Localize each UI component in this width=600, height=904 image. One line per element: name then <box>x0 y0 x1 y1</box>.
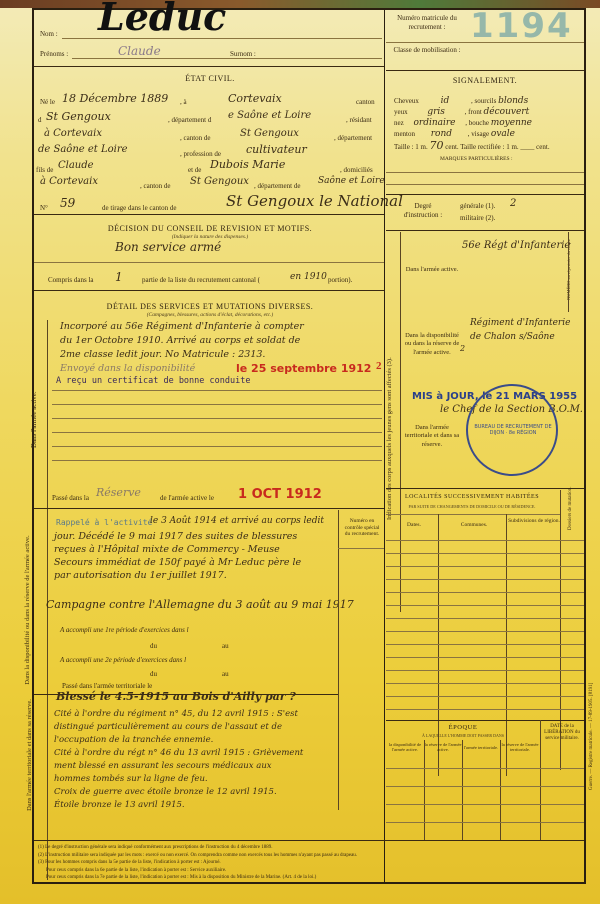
grid-row <box>386 579 584 580</box>
taille-value: 70 <box>429 139 443 152</box>
reserve-line: par autorisation du 1er juillet 1917. <box>54 569 301 582</box>
territoriale-text: Cité à l'ordre du régiment n° 45, du 12 … <box>54 708 303 812</box>
passe-label: Passé dans la <box>52 494 89 502</box>
corps-bottom-divider <box>386 488 584 489</box>
campagne-text: Campagne contre l'Allemagne du 3 août au… <box>46 598 354 611</box>
side-label-territoriale: Dans l'armée territoriale et dans sa rés… <box>26 695 34 815</box>
residant-value: à Cortevaix <box>44 128 102 139</box>
militaire-label: militaire (2). <box>460 214 495 222</box>
recruitment-office-stamp: BUREAU DE RECRUTEMENT DE DIJON · 8e RÉGI… <box>466 384 558 476</box>
grid-row <box>386 540 584 541</box>
epoque-divider <box>386 720 584 721</box>
sourcils-value: blonds <box>498 96 528 106</box>
header-divider <box>34 66 384 67</box>
matricule-number: 1194 <box>470 6 573 46</box>
compris-partie: 1 <box>115 270 123 284</box>
generale-value: 2 <box>510 198 516 209</box>
citation-line: Étoile bronze le 13 avril 1915. <box>54 799 303 812</box>
surname-value: Leduc <box>98 0 226 39</box>
epoque-col: la réserve de l'armée territoriale. <box>500 742 540 753</box>
service-line: du 1er Octobre 1910. Arrivé au corps et … <box>60 334 304 348</box>
ruled-line <box>52 390 382 391</box>
footnote-divider <box>34 840 584 841</box>
canton3-label: , canton de <box>140 182 171 190</box>
epoque-col: la réserve de l'armée active. <box>424 742 462 753</box>
birth-date: 18 Décembre 1889 <box>62 92 168 105</box>
blesse-text: Blessé le 4.5-1915 au Bois d'Ailly par ? <box>56 690 296 703</box>
domicilies-label: , domiciliés <box>340 166 373 174</box>
controle-divider <box>338 510 339 810</box>
rappele-label: Rappelé à l'activité <box>56 518 152 527</box>
reserve-line: jour. Décédé le 9 mai 1917 des suites de… <box>54 530 301 543</box>
footnote: (2) L'instruction militaire sera indiqué… <box>38 852 584 860</box>
services-divider <box>34 508 384 509</box>
grid-row <box>386 683 584 684</box>
classe-label: Classe de mobilisation : <box>392 46 462 55</box>
reserve-line: Secours immédiat de 150f payé à Mr Leduc… <box>54 556 301 569</box>
col-communes: Communes. <box>440 522 508 529</box>
prenoms-label: Prénoms : <box>40 50 68 58</box>
menton-value: rond <box>431 129 452 139</box>
periode2-label: A accompli une 2e période d'exercices da… <box>60 656 186 664</box>
corps-territoriale-label: Dans l'armée territoriale et dans sa rés… <box>404 424 460 449</box>
signalement-title: SIGNALEMENT. <box>390 76 580 85</box>
date-liberation-label: DATE de la LIBÉRATION du service militai… <box>542 724 582 742</box>
territoriale-label: Passé dans l'armée territoriale le <box>62 682 152 690</box>
service-line: Incorporé au 56e Régiment d'Infanterie à… <box>60 320 304 334</box>
visage-value: ovale <box>491 129 515 139</box>
col-subdivisions: Subdivisions de région. <box>508 518 560 525</box>
services-title: DÉTAIL DES SERVICES ET MUTATIONS DIVERSE… <box>40 302 380 311</box>
passe-value: Réserve <box>96 486 141 499</box>
prenoms-value: Claude <box>118 44 161 58</box>
cheveux-value: id <box>441 96 450 106</box>
marques-line <box>386 172 584 173</box>
du-label: du <box>150 670 157 678</box>
side-label-active: Dans l'armée active. <box>30 391 38 448</box>
departement3-value: Saône et Loire <box>318 176 385 186</box>
corps-active-value: 56e Régt d'Infanterie <box>462 240 570 251</box>
grid-col <box>500 740 501 840</box>
citation-line: Cité à l'ordre du régt n° 46 du 13 avril… <box>54 747 303 760</box>
grid-row <box>386 657 584 658</box>
nom-label: Nom : <box>40 30 58 38</box>
ne-le-label: Né le <box>40 98 55 106</box>
generale-label: générale (1). <box>460 202 495 210</box>
decision-divider <box>34 262 384 263</box>
column-divider <box>384 8 385 884</box>
decision-title: DÉCISION DU CONSEIL DE REVISION ET MOTIF… <box>40 224 380 233</box>
certificat-text: A reçu un certificat de bonne conduite <box>56 376 250 386</box>
dossiers-label: Dossiers de mutation. <box>568 487 573 530</box>
tirage-label: de tirage dans le canton de <box>102 204 176 212</box>
compris-mid: partie de la liste du recrutement canton… <box>142 276 260 284</box>
grid-row <box>386 644 584 645</box>
service-line: 2me classe ledit jour. No Matricule : 23… <box>60 348 304 362</box>
surnom-label: Surnom : <box>230 50 256 58</box>
grid-row <box>386 566 584 567</box>
grid-row <box>386 631 584 632</box>
signalement-block: Cheveux id , sourcils blonds yeux gris ,… <box>394 96 550 153</box>
reserve-line: reçues à l'Hôpital mixte de Commercy - M… <box>54 543 301 556</box>
canton2-label: , canton de <box>180 134 211 142</box>
corps-disponibilite-label: Dans la disponibilité ou dans la réserve… <box>404 332 460 357</box>
departement3-label: , département de <box>254 182 300 190</box>
canton3-value: St Gengoux <box>190 176 249 187</box>
services-subtitle: (Campagnes, blessures, actions d'éclat, … <box>40 312 380 318</box>
localites-title: LOCALITÉS SUCCESSIVEMENT HABITÉES <box>390 494 554 500</box>
disponibilite-date-stamp: le 25 septembre 1912 <box>236 362 371 375</box>
grid-row <box>386 709 584 710</box>
numero-controle-label: Numéro en contrôle spécial du recrutemen… <box>342 518 382 538</box>
profession-label: , profession de <box>180 150 221 158</box>
grid-row <box>386 822 584 823</box>
compris-portion: en 1910 <box>290 272 327 282</box>
footnote: Pour ceux compris dans la 6e partie de l… <box>38 867 584 875</box>
corps-marker: 2 <box>376 360 382 372</box>
footnote: (1) Le degré d'instruction générale sera… <box>38 844 584 852</box>
ruled-line <box>52 404 382 405</box>
periode1-label: A accompli une 1re période d'exercices d… <box>60 626 189 634</box>
grid-col <box>462 740 463 840</box>
grid-row <box>386 605 584 606</box>
compris-label: Compris dans la <box>48 276 94 284</box>
localites-subtitle: PAR SUITE DE CHANGEMENTS DE DOMICILE OU … <box>388 504 556 509</box>
tirage-number: 59 <box>60 196 75 210</box>
marques-label: MARQUES PARTICULIÈRES : <box>440 156 513 162</box>
classe-line <box>386 70 584 71</box>
grid-row <box>386 804 584 805</box>
grid-row <box>386 696 584 697</box>
etat-civil-divider <box>34 214 384 215</box>
residant-label: , résidant <box>346 116 372 124</box>
tirage-value: St Gengoux le National <box>226 192 403 210</box>
localites-header-line <box>386 514 560 515</box>
canton2-value: St Gengoux <box>240 128 299 139</box>
canton-label: canton <box>356 98 375 106</box>
decision-value: Bon service armé <box>115 240 221 254</box>
footnote: (3) Pour les hommes compris dans la 5e p… <box>38 859 584 867</box>
departement2-label: , département <box>334 134 372 142</box>
front-value: découvert <box>484 107 530 117</box>
grid-row <box>386 553 584 554</box>
fils-de-label: fils de <box>36 166 53 174</box>
ruled-line <box>52 432 382 433</box>
controle-line <box>338 548 384 549</box>
signalement-divider <box>386 194 584 195</box>
citation-line: distingué particulièrement au cours de l… <box>54 721 303 734</box>
et-de-label: et de <box>188 166 201 174</box>
departement-value: e Saône et Loire <box>228 110 311 121</box>
domicilies-value: à Cortevaix <box>40 176 98 187</box>
au-label: au <box>222 670 229 678</box>
passe-mid: de l'armée active le <box>160 494 214 502</box>
register-reference: Guerre. — Registre matricule. — 17-89-19… <box>589 683 594 790</box>
etat-civil-title: ÉTAT CIVIL. <box>40 74 380 83</box>
citation-line: Cité à l'ordre du régiment n° 45, du 12 … <box>54 708 303 721</box>
epoque-subtitle: À LAQUELLE L'HOMME DOIT PASSER DANS <box>388 733 538 738</box>
matricule-label: Numéro matricule du recrutement : <box>392 14 462 32</box>
compris-end: portion). <box>328 276 352 284</box>
citation-line: ment blessé en assurant les secours médi… <box>54 760 303 773</box>
grid-row <box>386 592 584 593</box>
nom-line <box>62 38 382 39</box>
col-dates: Dates. <box>388 522 440 529</box>
corps-disponibilite-value: Régiment d'Infanterie de Chalon s/Saône <box>470 316 580 344</box>
reserve-date-stamp: 1 OCT 1912 <box>238 487 322 502</box>
grid-row <box>386 786 584 787</box>
instruction-label: Degré d'instruction : <box>398 202 448 220</box>
grid-col <box>424 740 425 840</box>
matricule-line <box>386 42 584 43</box>
canton-value: St Gengoux <box>46 110 111 123</box>
reserve-text: jour. Décédé le 9 mai 1917 des suites de… <box>54 530 301 582</box>
military-register-page: Leduc Nom : Prénoms : Claude Surnom : Nu… <box>0 0 600 904</box>
corps-active-label: Dans l'armée active. <box>404 266 460 274</box>
footnotes: (1) Le degré d'instruction générale sera… <box>38 844 584 882</box>
ruled-line <box>52 446 382 447</box>
no-label: N° <box>40 204 48 212</box>
a-label: , à <box>180 98 187 106</box>
epoque-col: l'armée territoriale. <box>462 745 500 750</box>
profession-value: cultivateur <box>246 143 307 156</box>
side-label-reserve: Dans la disponibilité ou dans la réserve… <box>24 520 32 700</box>
bouche-value: moyenne <box>491 118 532 128</box>
epoque-header-line <box>386 768 584 769</box>
stamp-text: BUREAU DE RECRUTEMENT DE DIJON · 8e RÉGI… <box>474 424 552 436</box>
grid-row <box>386 618 584 619</box>
birth-place: Cortevaix <box>228 92 282 105</box>
reserve-line: le 3 Août 1914 et arrivé au corps ledit <box>150 516 324 526</box>
yeux-value: gris <box>427 107 445 117</box>
mother-value: Dubois Marie <box>210 158 285 171</box>
disponibilite-prefix: 2 <box>460 344 465 353</box>
epoque-col: la disponibilité de l'armée active. <box>386 742 424 753</box>
grid-row <box>386 670 584 671</box>
ruled-line <box>52 460 382 461</box>
numero-col <box>568 232 569 312</box>
corps-divider <box>400 232 401 612</box>
du-label: du <box>150 642 157 650</box>
footnote: Pour ceux compris dans la 7e partie de l… <box>38 874 584 882</box>
marques-line <box>386 184 584 185</box>
citation-line: Croix de guerre avec étoile bronze le 12… <box>54 786 303 799</box>
instruction-divider <box>386 230 584 231</box>
ruled-line <box>52 418 382 419</box>
nez-value: ordinaire <box>413 118 455 128</box>
departement-label: , département d <box>168 116 211 124</box>
service-line: Envoyé dans la disponibilité <box>60 363 195 374</box>
compris-divider <box>34 290 384 291</box>
citation-line: hommes tombés sur la ligne de feu. <box>54 773 303 786</box>
au-label: au <box>222 642 229 650</box>
prenoms-line <box>72 58 382 59</box>
father-value: Claude <box>58 160 94 171</box>
citation-line: l'occupation de la tranchée ennemie. <box>54 734 303 747</box>
departement2-value: de Saône et Loire <box>38 144 128 155</box>
epoque-title: ÉPOQUE <box>388 724 538 731</box>
